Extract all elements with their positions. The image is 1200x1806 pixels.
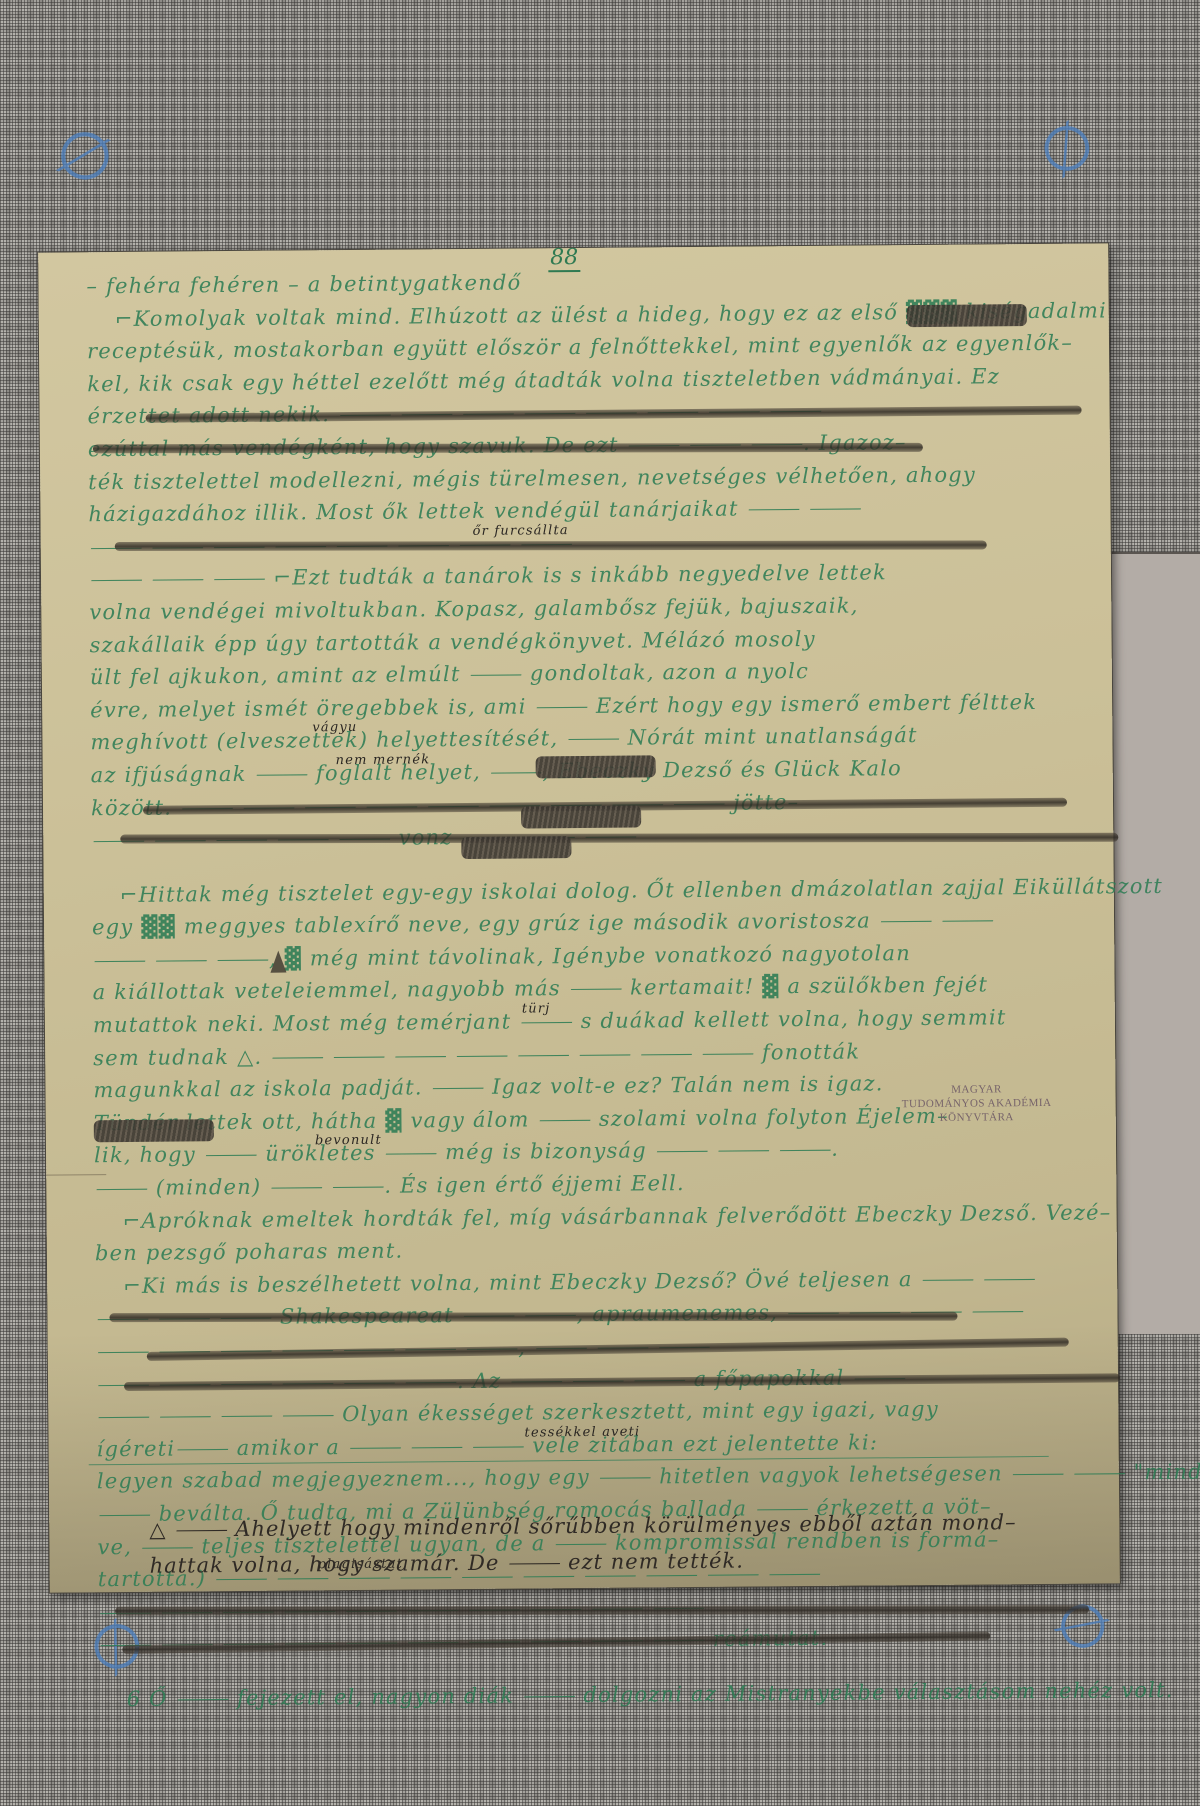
manuscript-line-text: ígéreti⸻ amikor a ⸻ ⸻ ⸻ vele zitában ezt… [97, 1430, 879, 1461]
pencil-strikethrough [115, 1605, 1089, 1616]
manuscript-line-text: szakállaik épp úgy tartották a vendégkön… [89, 626, 815, 656]
manuscript-line-text: Tündér lettek ott, hátha ▓ vagy álom ⸻ s… [94, 1104, 949, 1135]
pencil-annotation: tessékkel aveti [524, 1416, 640, 1449]
scribble-blot [536, 755, 656, 778]
pencil-annotation: nem mernék [335, 744, 430, 777]
manuscript-line-text: magunkkal az iskola padját. ⸻ Igaz volt-… [93, 1072, 883, 1103]
pencil-line-2: hattak volna, hogy szamár. De ⸻ ezt nem … [149, 1545, 743, 1580]
manuscript-page: 88 – fehéra fehéren – a betintygatkendő⌐… [38, 243, 1120, 1592]
scribble-blot [94, 1119, 214, 1142]
pencil-annotation: türj [522, 993, 551, 1025]
manuscript-line-text: egy ▓▓ meggyes tablexírő neve, egy grúz … [92, 908, 994, 940]
manuscript-line-text: kel, kik csak egy héttel ezelőtt még áta… [87, 364, 1000, 396]
insertion-mark-icon [270, 951, 286, 973]
stamp-line-1: MAGYAR [891, 1082, 1061, 1097]
manuscript-line-text: meghívott (elveszettek) helyettesítését,… [90, 723, 917, 754]
manuscript-line-text: évre, melyet ismét öregebbek is, ami ⸻ E… [90, 690, 1037, 722]
pencil-strikethrough [120, 833, 1118, 844]
manuscript-line-text: sem tudnak △. ⸻ ⸻ ⸻ ⸻ ⸻ ⸻ ⸻ ⸻ fonották [93, 1039, 860, 1070]
manuscript-line-text: ték tisztelettel modellezni, mégis türel… [88, 462, 976, 494]
manuscript-text: – fehéra fehéren – a betintygatkendő⌐Kom… [86, 262, 1099, 1716]
pencil-annotation: bevonult [315, 1125, 382, 1158]
manuscript-line-text: ⸻ ⸻ ⸻, ▓ még mint távolinak, Igénybe von… [92, 941, 911, 972]
library-stamp: MAGYAR TUDOMÁNYOS AKADÉMIA KÖNYVTÁRA [891, 1082, 1061, 1125]
manuscript-line-text: legyen szabad megjegyeznem..., hogy egy … [97, 1460, 1200, 1494]
manuscript-line-text: ⸻ ⸻ ⸻ ⸻ Olyan ékességet szerkesztett, mi… [96, 1397, 939, 1428]
pencil-strikethrough [93, 443, 923, 453]
manuscript-line-text: ⸻ (minden) ⸻ ⸻. És igen értő éjjemi Eell… [94, 1171, 685, 1200]
manuscript-line-text: receptésük, mostakorban együtt először a… [87, 331, 1073, 364]
manuscript-line-text: ⌐Hittak még tisztelet egy-egy iskolai do… [92, 874, 1163, 907]
manuscript-line-text: lik, hogy ⸻ ürökletes ⸻ még is bizonyság… [94, 1137, 839, 1168]
manuscript-line-text: 6 Ő ⸻ fejezett el, nagyon diák ⸻ dolgozn… [99, 1678, 1174, 1711]
stamp-line-2: TUDOMÁNYOS AKADÉMIA [892, 1096, 1062, 1111]
manuscript-line-text: az ifjúságnak ⸻ foglalt helyet, ⸻, Ebecz… [91, 756, 902, 787]
manuscript-line-text: ⌐Ki más is beszélhetett volna, mint Ebec… [95, 1266, 1036, 1298]
pencil-annotation: vágyu [312, 712, 357, 744]
corner-mark-top-right: ∅ [1024, 103, 1110, 194]
manuscript-line-text: ⌐Apróknak emeltek hordták fel, míg vásár… [95, 1200, 1112, 1233]
stamp-line-3: KÖNYVTÁRA [892, 1110, 1062, 1125]
scribble-blot [521, 805, 641, 828]
manuscript-line-text: – fehéra fehéren – a betintygatkendő [86, 270, 521, 298]
background-sheet [1108, 552, 1200, 1334]
manuscript-line-text: ben pezsgő poharas ment. [95, 1239, 404, 1266]
scribble-blot [907, 304, 1027, 327]
manuscript-line-text: ült fel ajkukon, amint az elmúlt ⸻ gondo… [90, 659, 809, 689]
manuscript-line-text: volna vendégei mivoltukban. Kopasz, gala… [89, 593, 858, 624]
pencil-annotation: őr furcsállta [472, 515, 568, 548]
scribble-blot [461, 836, 571, 859]
corner-mark-top-left: ∅ [45, 110, 125, 202]
manuscript-line-text: ⸻ ⸻ ⸻ ⌐Ezt tudták a tanárok is s inkább … [89, 561, 887, 592]
